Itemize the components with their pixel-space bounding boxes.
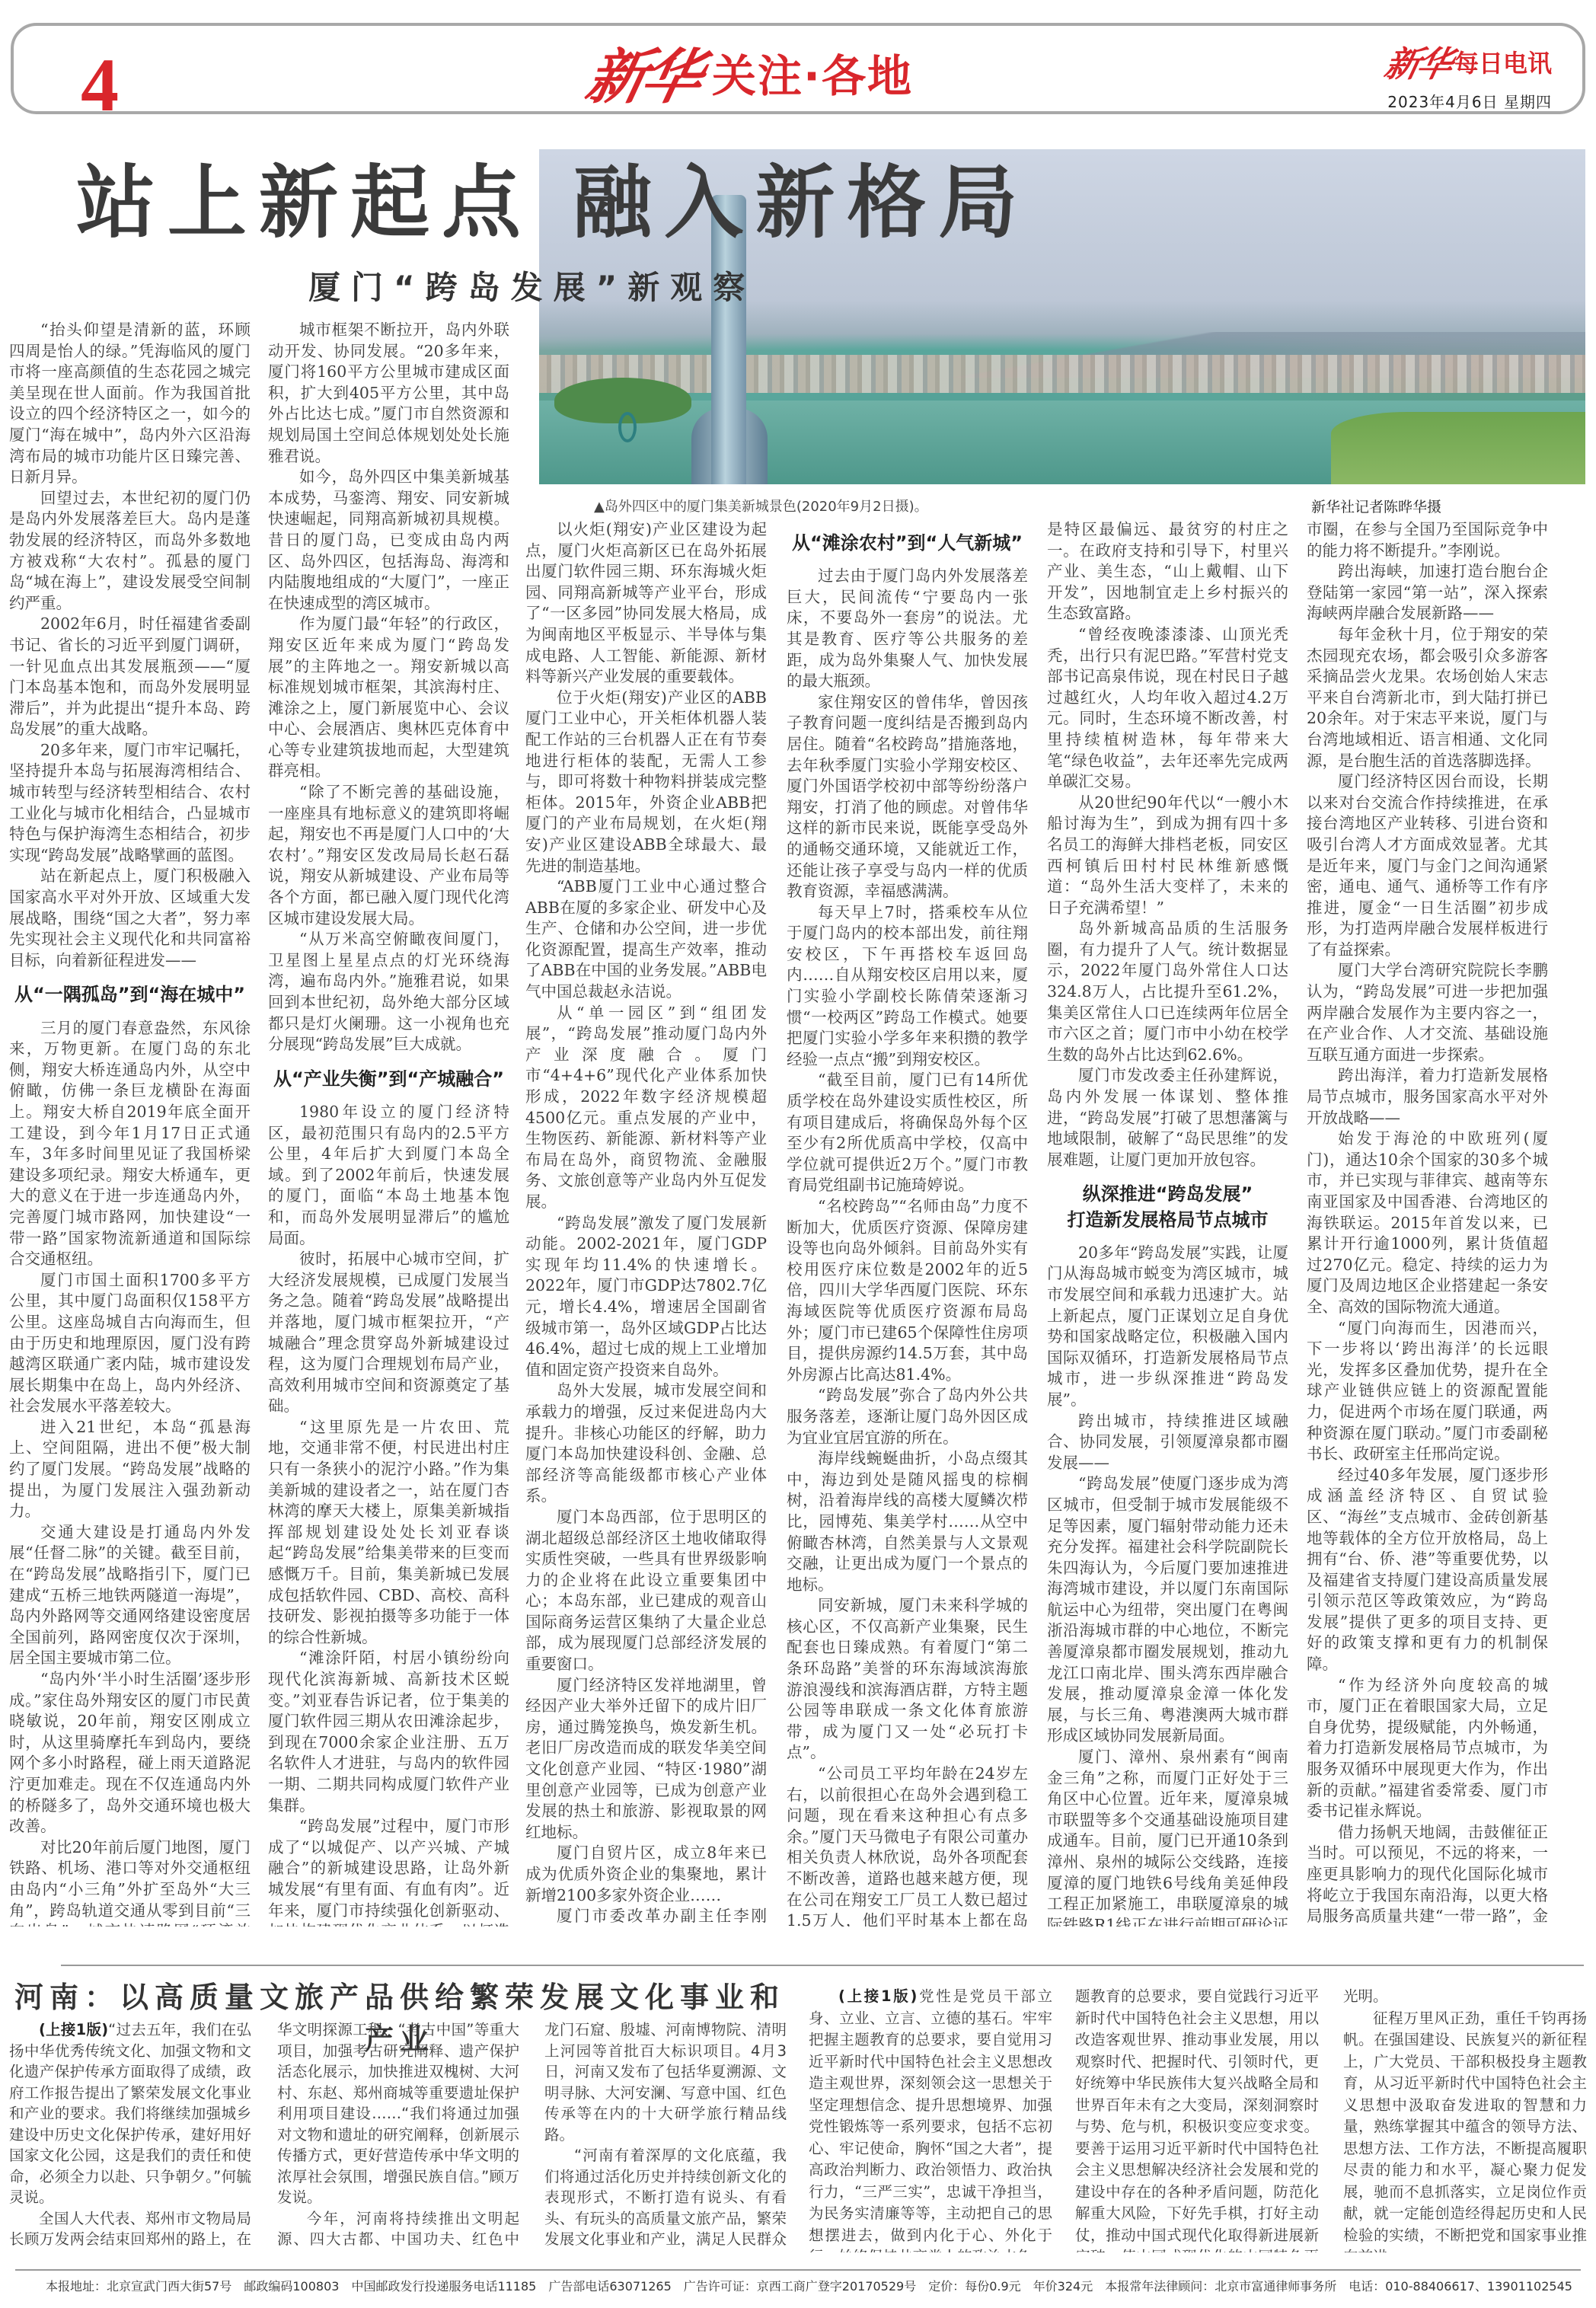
section-logo: 新华 关注·各地 (589, 30, 913, 115)
paragraph: 位于火炬(翔安)产业区的ABB厦门工业中心，开关柜体机器人装配工作站的三台机器人… (525, 688, 767, 876)
paragraph: “除了不断完善的基础设施，一座座具有地标意义的建筑即将崛起，翔安也不再是厦门人口… (268, 782, 509, 929)
henan-column-2: 华文明探源工程、“考古中国”等重大项目，加强考古研究阐释、遗产保护活态化展示，加… (277, 2019, 519, 2248)
paragraph: 题教育的总要求，要自觉践行习近平新时代中国特色社会主义思想，用以改造客观世界、推… (1075, 1986, 1319, 2252)
paragraph: “从万米高空俯瞰夜间厦门，卫星图上星星点点的灯光环绕海湾，遍布岛内外。”施雅君说… (268, 929, 509, 1055)
paragraph: 厦门市发改委主任孙建辉说，岛内外发展一体谋划、整体推进，“跨岛发展”打破了思想藩… (1047, 1065, 1288, 1170)
paragraph: 是特区最偏远、最贫穷的村庄之一。在政府支持和引导下，村里兴产业、美生态，“山上戴… (1047, 519, 1288, 624)
paragraph: 站在新起点上，厦门积极融入国家高水平对外开放、区域重大发展战略，围绕“国之大者”… (9, 866, 251, 971)
paragraph: 如今，岛外四区中集美新城基本成势，马銮湾、翔安、同安新城快速崛起，同翔高新城初具… (268, 467, 509, 614)
section-heading-4a: 纵深推进“跨岛发展” (1047, 1183, 1288, 1206)
photo-credit: 新华社记者陈晔华摄 (1311, 496, 1441, 516)
paragraph: “跨岛发展”弥合了岛内外公共服务落差，逐渐让厦门岛外因区成为宜业宜居宜游的所在。 (787, 1385, 1028, 1448)
paragraph: 跨出海洋，着力打造新发展格局节点城市，服务国家高水平对外开放战略—— (1307, 1065, 1548, 1128)
paragraph: 以火炬(翔安)产业区建设为起点，厦门火炬高新区已在岛外拓展出厦门软件园三期、环东… (525, 519, 767, 688)
brand-logo: 新华 (579, 30, 707, 115)
paragraph: “岛内外‘半小时生活圈’逐步形成。”家住岛外翔安区的厦门市民黄晓敏说，20年前，… (9, 1669, 251, 1837)
footer-divider (15, 2269, 1581, 2271)
paragraph: 今年，河南将持续推出文明起源、四大古都、中国功夫、红色中原、考古发现等16条主题… (277, 2208, 519, 2249)
paragraph: 借力扬帆天地阔，击鼓催征正当时。可以预见，不远的将来，一座更具影响力的现代化国际… (1307, 1822, 1548, 1927)
paragraph: 厦门市委改革办副主任李刚说，岛内大提升与岛外大发展紧密联动，岛内外相互促进、协调… (525, 1906, 767, 1927)
henan-column-3: 龙门石窟、殷墟、河南博物院、清明上河园等首批百大标识项目。4月3日，河南又发布了… (544, 2019, 787, 2248)
photo-caption: ▲岛外四区中的厦门集美新城景色(2020年9月2日摄)。 (594, 496, 928, 516)
paragraph: 从“单一园区”到“组团发展”，“跨岛发展”推动厦门岛内外产业深度融合。厦门市“4… (525, 1003, 767, 1213)
paragraph: 始发于海沧的中欧班列(厦门)，通达10余个国家的30多个城市，并已实现与菲律宾、… (1307, 1128, 1548, 1317)
paragraph: 城市框架不断拉开，岛内外联动开发、协同发展。“20多年来，厦门将160平方公里城… (268, 320, 509, 467)
paragraph: 过去由于厦门岛内外发展落差巨大，民间流传“宁要岛内一张床，不要岛外一套房”的说法… (787, 566, 1028, 692)
issue-date: 2023年4月6日 星期四 (1386, 90, 1552, 112)
main-headline: 站上新起点 融入新格局 (76, 163, 1029, 242)
paragraph: 厦门经济特区因台而设，长期以来对台交流合作持续推进，在承接台湾地区产业转移、引进… (1307, 771, 1548, 960)
article-column-4: 从“滩涂农村”到“人气新城” 过去由于厦门岛内外发展落差巨大，民间流传“宁要岛内… (787, 519, 1028, 1927)
paragraph: 同安新城，厦门未来科学城的核心区，不仅高新产业集聚，民生配套也日臻成熟。有着厦门… (787, 1595, 1028, 1764)
paragraph: “跨岛发展”使厦门逐步成为湾区城市，但受制于城市发展能级不足等因素，厦门辐射带动… (1047, 1473, 1288, 1747)
paragraph: “曾经夜晚漆漆漆、山顶光秃秃，出行只有泥巴路。”军营村党支部书记高泉伟说，现在村… (1047, 624, 1288, 793)
paragraph: 厦门经济特区发祥地湖里，曾经因产业大举外迁留下的成片旧厂房，通过腾笼换鸟，焕发新… (525, 1675, 767, 1844)
paragraph: 回望过去，本世纪初的厦门仍是岛内外发展落差巨大。岛内是蓬勃发展的经济特区，而岛外… (9, 488, 251, 615)
paragraph: (上接1版)党性是党员干部立身、立业、立言、立德的基石。牢牢把握主题教育的总要求… (809, 1986, 1052, 2252)
section-heading-3: 从“滩涂农村”到“人气新城” (787, 532, 1028, 555)
article-column-1: “抬头仰望是清新的蓝，环顾四周是怡人的绿。”凭海临风的厦门市将一座高颜值的生态花… (9, 320, 251, 1927)
paragraph: 经过40多年发展，厦门逐步形成涵盖经济特区、自贸试验区、“海丝”支点城市、金砖创… (1307, 1465, 1548, 1675)
paragraph: 海岸线蜿蜒曲折，小岛点缀其中，海边到处是随风摇曳的棕榈树，沿着海岸线的高楼大厦鳞… (787, 1448, 1028, 1595)
footer-imprint: 本报地址：北京宣武门西大街57号 邮政编码100803 中国邮政发行投递服务电话… (46, 2277, 1569, 2294)
paragraph: (上接1版)“过去五年，我们在弘扬中华优秀传统文化、加强文物和文化遗产保护传承方… (9, 2019, 251, 2208)
paragraph: “截至目前，厦门已有14所优质学校在岛外建设实质性校区，所有项目建成后，将确保岛… (787, 1070, 1028, 1196)
paragraph: 每天早上7时，搭乘校车从位于厦门岛内的校本部出发，前往翔安校区，下午再搭校车返回… (787, 902, 1028, 1071)
paragraph: 2002年6月，时任福建省委副书记、省长的习近平到厦门调研，一针见血点出其发展瓶… (9, 614, 251, 740)
paragraph: 厦门、漳州、泉州素有“闽南金三角”之称，而厦门正好处于三角区中心位置。近年来，厦… (1047, 1747, 1288, 1927)
paragraph: “抬头仰望是清新的蓝，环顾四周是怡人的绿。”凭海临风的厦门市将一座高颜值的生态花… (9, 320, 251, 488)
paragraph: “滩涂阡陌，村居小镇纷纷向现代化滨海新城、高新技术区蜕变。”刘亚春告诉记者，位于… (268, 1648, 509, 1816)
paragraph: 华文明探源工程、“考古中国”等重大项目，加强考古研究阐释、遗产保护活态化展示，加… (277, 2019, 519, 2208)
paragraph: 龙门石窟、殷墟、河南博物院、清明上河园等首批百大标识项目。4月3日，河南又发布了… (544, 2019, 787, 2145)
paragraph: 进入21世纪，本岛“孤悬海上、空间阻隔，进出不便”极大制约了厦门发展。“跨岛发展… (9, 1417, 251, 1522)
paragraph: 20多年“跨岛发展”实践，让厦门从海岛城市蜕变为湾区城市，城市发展空间和承载力迅… (1047, 1243, 1288, 1411)
paragraph: 跨出海峡，加速打造台胞台企登陆第一家园“第一站”，深入探索海峡两岸融合发展新路—… (1307, 561, 1548, 624)
photo-ring-sculpture (618, 412, 637, 442)
section-heading-2: 从“产业失衡”到“产城融合” (268, 1068, 509, 1091)
continued-tag: (上接1版) (838, 1987, 917, 2005)
paragraph: 跨出城市，持续推进区域融合、协同发展，引领厦漳泉都市圈发展—— (1047, 1411, 1288, 1474)
article-column-2: 城市框架不断拉开，岛内外联动开发、协同发展。“20多年来，厦门将160平方公里城… (268, 320, 509, 1927)
paragraph: 厦门市国土面积1700多平方公里，其中厦门岛面积仅158平方公里。这座岛城自古向… (9, 1270, 251, 1417)
article-column-3: 以火炬(翔安)产业区建设为起点，厦门火炬高新区已在岛外拓展出厦门软件园三期、环东… (525, 519, 767, 1927)
paragraph: “ABB厦门工业中心通过整合ABB在厦的多家企业、研发中心及生产、仓储和办公空间… (525, 876, 767, 1003)
henan-column-1: (上接1版)“过去五年，我们在弘扬中华优秀传统文化、加强文物和文化遗产保护传承方… (9, 2019, 251, 2248)
paragraph-text: 党性是党员干部立身、立业、立言、立德的基石。牢牢把握主题教育的总要求，要自觉用习… (809, 1987, 1052, 2252)
section-heading-4b: 打造新发展格局节点城市 (1047, 1208, 1288, 1232)
photo-wetland (1331, 412, 1585, 484)
paragraph: 厦门大学台湾研究院院长李鹏认为，“跨岛发展”可进一步把加强两岸融合发展作为主要内… (1307, 960, 1548, 1065)
paragraph: 三月的厦门春意盎然，东风徐来，万物更新。在厦门岛的东北侧，翔安大桥连通岛内外，从… (9, 1018, 251, 1270)
paragraph: 市圈，在参与全国乃至国际竞争中的能力将不断提升。”李刚说。 (1307, 519, 1548, 561)
continued-tag: (上接1版) (39, 2021, 108, 2038)
paragraph: 作为厦门最“年轻”的行政区，翔安区近年来成为厦门“跨岛发展”的主阵地之一。翔安新… (268, 614, 509, 782)
paragraph-text: “过去五年，我们在弘扬中华优秀传统文化、加强文物和文化遗产保护传承方面取得了成绩… (9, 2021, 251, 2206)
paragraph: 从20世纪90年代以“一艘小木船讨海为生”，到成为拥有四十多名员工的海鲜大排档老… (1047, 793, 1288, 919)
paragraph: “河南有着深厚的文化底蕴，我们将通过活化历史并持续创新文化的表现形式，不断打造有… (544, 2145, 787, 2248)
paragraph: 光明。 (1343, 1986, 1587, 2008)
paragraph: 彼时，拓展中心城市空间，扩大经济发展规模，已成厦门发展当务之急。随着“跨岛发展”… (268, 1249, 509, 1417)
paragraph: 20多年来，厦门市牢记嘱托，坚持提升本岛与拓展海湾相结合、城市转型与经济转型相结… (9, 740, 251, 867)
paragraph: “名校跨岛”“名师由岛”力度不断加大，优质医疗资源、保障房建设等也向岛外倾斜。目… (787, 1196, 1028, 1385)
paragraph: 岛外新城高品质的生活服务圈，有力提升了人气。统计数据显示，2022年厦门岛外常住… (1047, 918, 1288, 1065)
paragraph: 每年金秋十月，位于翔安的荣杰园现充农场，都会吸引众多游客采摘品尝火龙果。农场创始… (1307, 624, 1548, 771)
article-column-5: 是特区最偏远、最贫穷的村庄之一。在政府支持和引导下，村里兴产业、美生态，“山上戴… (1047, 519, 1288, 1927)
paragraph: “这里原先是一片农田、荒地，交通非常不便，村民进出村庄只有一条狭小的泥泞小路。”… (268, 1417, 509, 1649)
sub-headline: 厦门“跨岛发展”新观察 (308, 263, 755, 308)
commentary-column-3: 光明。 征程万里风正劲，重任千钧再扬帆。在强国建设、民族复兴的新征程上，广大党员… (1343, 1986, 1587, 2252)
paper-name: 每日电讯 (1454, 44, 1552, 79)
paragraph: 征程万里风正劲，重任千钧再扬帆。在强国建设、民族复兴的新征程上，广大党员、干部积… (1343, 2008, 1587, 2253)
commentary-column-1: (上接1版)党性是党员干部立身、立业、立言、立德的基石。牢牢把握主题教育的总要求… (809, 1986, 1052, 2252)
paragraph: 家住翔安区的曾伟华，曾因孩子教育问题一度纠结是否搬到岛内居住。随着“名校跨岛”措… (787, 692, 1028, 902)
paragraph: 厦门本岛西部，位于思明区的湖北超级总部经济区土地收储取得实质性突破，一些具有世界… (525, 1507, 767, 1675)
paragraph: “跨岛发展”激发了厦门发展新动能。2002-2021年，厦门GDP实现年均11.… (525, 1213, 767, 1381)
brand-logo-small: 新华 (1381, 37, 1455, 87)
page-number: 4 (81, 47, 119, 123)
paragraph: 全国人大代表、郑州市文物局局长顾万发两会结束回郑州的路上，在笔记本上写下今年工作… (9, 2208, 251, 2249)
paragraph: “厦门向海而生，因港而兴，下一步将以‘跨出海洋’的长远眼光，发挥多区叠加优势，提… (1307, 1318, 1548, 1465)
section-heading-1: 从“一隅孤岛”到“海在城中” (9, 983, 251, 1007)
commentary-column-2: 题教育的总要求，要自觉践行习近平新时代中国特色社会主义思想，用以改造客观世界、推… (1075, 1986, 1319, 2252)
paragraph: 交通大建设是打通岛内外发展“任督二脉”的关键。截至目前，在“跨岛发展”战略指引下… (9, 1522, 251, 1669)
paragraph: 岛外大发展，城市发展空间和承载力的增强，反过来促进岛内大提升。非核心功能区的纾解… (525, 1381, 767, 1507)
paper-brand: 新华 每日电讯 2023年4月6日 星期四 (1386, 37, 1552, 112)
paragraph: “跨岛发展”过程中，厦门市形成了“以城促产、以产兴城、产城融合”的新城建设思路，… (268, 1816, 509, 1927)
section-divider (61, 1965, 1584, 1966)
section-name: 关注·各地 (712, 40, 913, 104)
paragraph: 厦门自贸片区，成立8年来已成为优质外资企业的集聚地，累计新增2100多家外资企业… (525, 1843, 767, 1906)
paragraph: “公司员工平均年龄在24岁左右，以前很担心在岛外会遇到稳工问题，现在看来这种担心… (787, 1764, 1028, 1927)
masthead: 4 新华 关注·各地 新华 每日电讯 2023年4月6日 星期四 (11, 23, 1585, 114)
paragraph: “作为经济外向度较高的城市，厦门正在着眼国家大局，立足自身优势，提级赋能，内外畅… (1307, 1675, 1548, 1822)
article-column-6: 市圈，在参与全国乃至国际竞争中的能力将不断提升。”李刚说。 跨出海峡，加速打造台… (1307, 519, 1548, 1927)
photo-skyline (539, 355, 1585, 393)
paragraph: 对比20年前后厦门地图，厦门铁路、机场、港口等对外交通枢纽由岛内“小三角”外扩至… (9, 1837, 251, 1927)
paragraph: 1980年设立的厦门经济特区，最初范围只有岛内的2.5平方公里，4年后扩大到厦门… (268, 1102, 509, 1249)
